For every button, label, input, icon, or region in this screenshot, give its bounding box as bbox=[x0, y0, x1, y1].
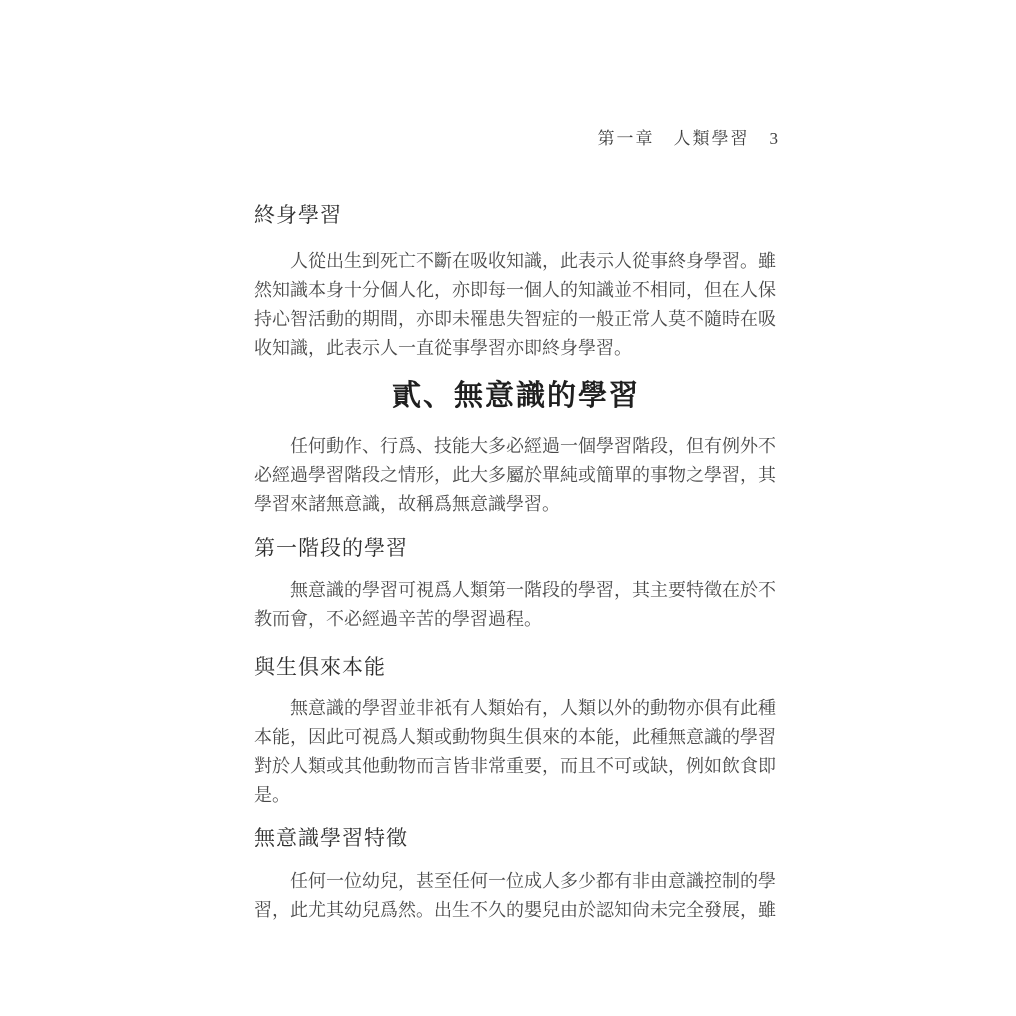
heading-lifelong-learning: 終身學習 bbox=[254, 203, 778, 229]
paragraph-unconscious-intro: 任何動作、行爲、技能大多必經過一個學習階段，但有例外不 必經過學習階段之情形，此… bbox=[254, 432, 778, 519]
paragraph-lifelong-learning: 人從出生到死亡不斷在吸收知識，此表示人從事終身學習。雖 然知識本身十分個人化，亦… bbox=[254, 247, 778, 363]
paragraph-innate-instinct: 無意識的學習並非祇有人類始有，人類以外的動物亦俱有此種 本能，因此可視爲人類或動… bbox=[254, 694, 778, 810]
heading-first-stage-learning: 第一階段的學習 bbox=[254, 536, 778, 562]
running-header-chapter-title: 第一章 人類學習 bbox=[598, 124, 750, 149]
paragraph-unconscious-learning-features: 任何一位幼兒，甚至任何一位成人多少都有非由意識控制的學 習，此尤其幼兒爲然。出生… bbox=[254, 867, 778, 925]
page-number: 3 bbox=[770, 129, 779, 149]
heading-innate-instinct: 與生俱來本能 bbox=[254, 655, 778, 681]
heading-unconscious-learning: 貳、無意識的學習 bbox=[254, 379, 778, 413]
heading-unconscious-learning-features: 無意識學習特徵 bbox=[254, 826, 778, 852]
running-header: 第一章 人類學習 3 bbox=[254, 124, 778, 149]
paragraph-first-stage-learning: 無意識的學習可視爲人類第一階段的學習，其主要特徵在於不 教而會，不必經過辛苦的學… bbox=[254, 576, 778, 634]
